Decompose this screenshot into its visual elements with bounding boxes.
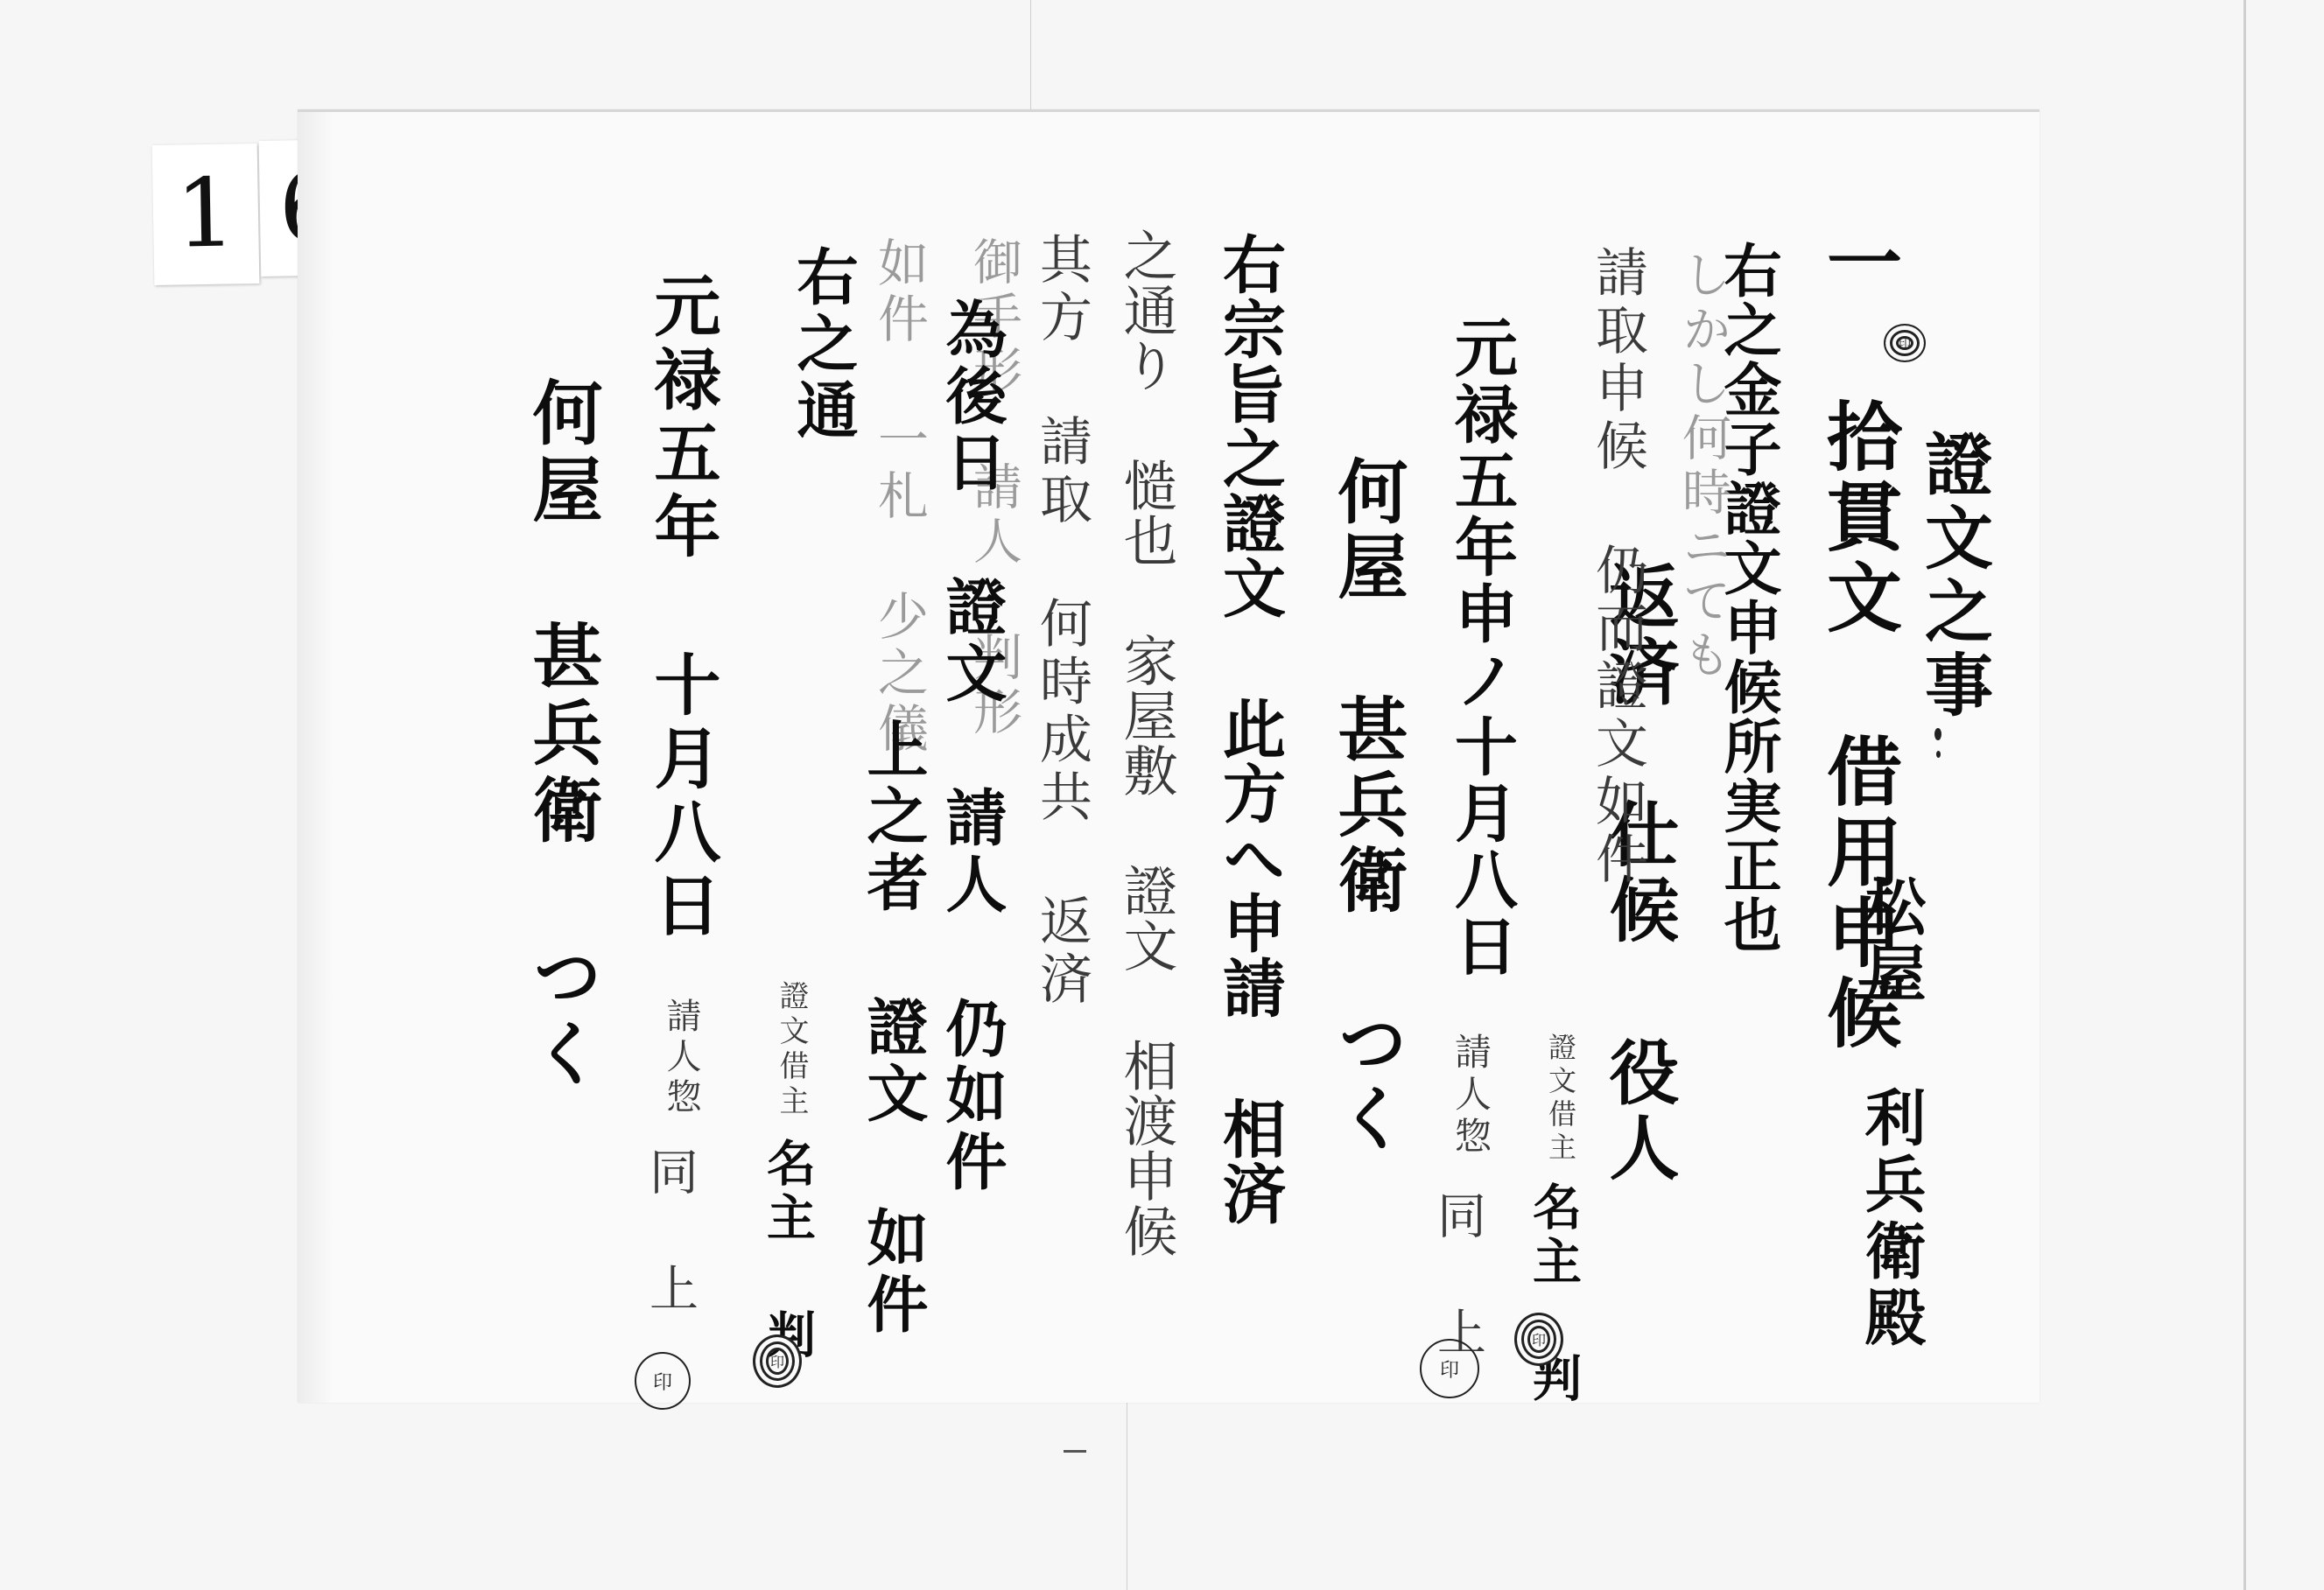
seal-icon: 印 bbox=[753, 1334, 802, 1388]
date-line-2: 元禄五年 十月八日 bbox=[635, 271, 730, 944]
text-column: 如件 一札 少之儀 bbox=[862, 236, 936, 758]
signer-1-name: 名主 判 bbox=[1519, 1181, 1589, 1407]
seal-icon: 印 bbox=[1420, 1339, 1479, 1398]
signer-2-title: 證文借主 bbox=[770, 980, 813, 1120]
text-column: 上之者 證文 如件 bbox=[849, 718, 937, 1339]
date-line-1: 元禄五年申ノ十月八日 bbox=[1436, 315, 1527, 980]
text-column: 其方 請取 何時成共 返済 bbox=[1024, 232, 1099, 1009]
seal-icon: 印 bbox=[635, 1352, 691, 1410]
background-fold-line-center-bottom bbox=[1127, 1400, 1127, 1590]
seal-icon: 印 bbox=[1884, 324, 1926, 362]
archive-number-card-1: 1 bbox=[152, 144, 260, 285]
addressee-right: 松屋 利兵衛殿 bbox=[1847, 875, 1935, 1352]
card-digit: 1 bbox=[175, 166, 237, 262]
witness-1-title: 請人惣 bbox=[1444, 1033, 1497, 1159]
document-title: 證文之事 bbox=[1904, 429, 2002, 723]
text-column: 何屋 甚兵衛 つく bbox=[1317, 455, 1418, 1157]
text-column: 為後日 證文 請人 仍如件 bbox=[928, 298, 1016, 1196]
signer-1-title: 證文借主 bbox=[1541, 1033, 1581, 1166]
text-column: 右宗旨之證文 此方へ申請 相済 bbox=[1204, 232, 1295, 1226]
background-mark bbox=[1064, 1450, 1086, 1453]
text-column: 請取申候 仍而證文如件 bbox=[1580, 245, 1655, 889]
text-column: 之通り 慥也 家屋敷 證文 相渡申候 bbox=[1107, 228, 1185, 1258]
seal-icon: 印 bbox=[1514, 1313, 1563, 1366]
witness-1-name: 同 上 bbox=[1422, 1190, 1492, 1361]
witness-2-name: 同 上 bbox=[635, 1146, 705, 1317]
text-column: 右之通 bbox=[779, 245, 867, 445]
background-fold-line-center-top bbox=[1030, 0, 1031, 109]
witness-2-title: 請人惣 bbox=[656, 998, 706, 1118]
background-fold-line-right bbox=[2243, 0, 2246, 1590]
ink-dot bbox=[1934, 728, 1941, 740]
ink-dot bbox=[1936, 751, 1941, 758]
signer-2-name: 名主 判 bbox=[753, 1138, 823, 1363]
addressee-left: 何屋 甚兵衛 つく bbox=[512, 376, 613, 1094]
